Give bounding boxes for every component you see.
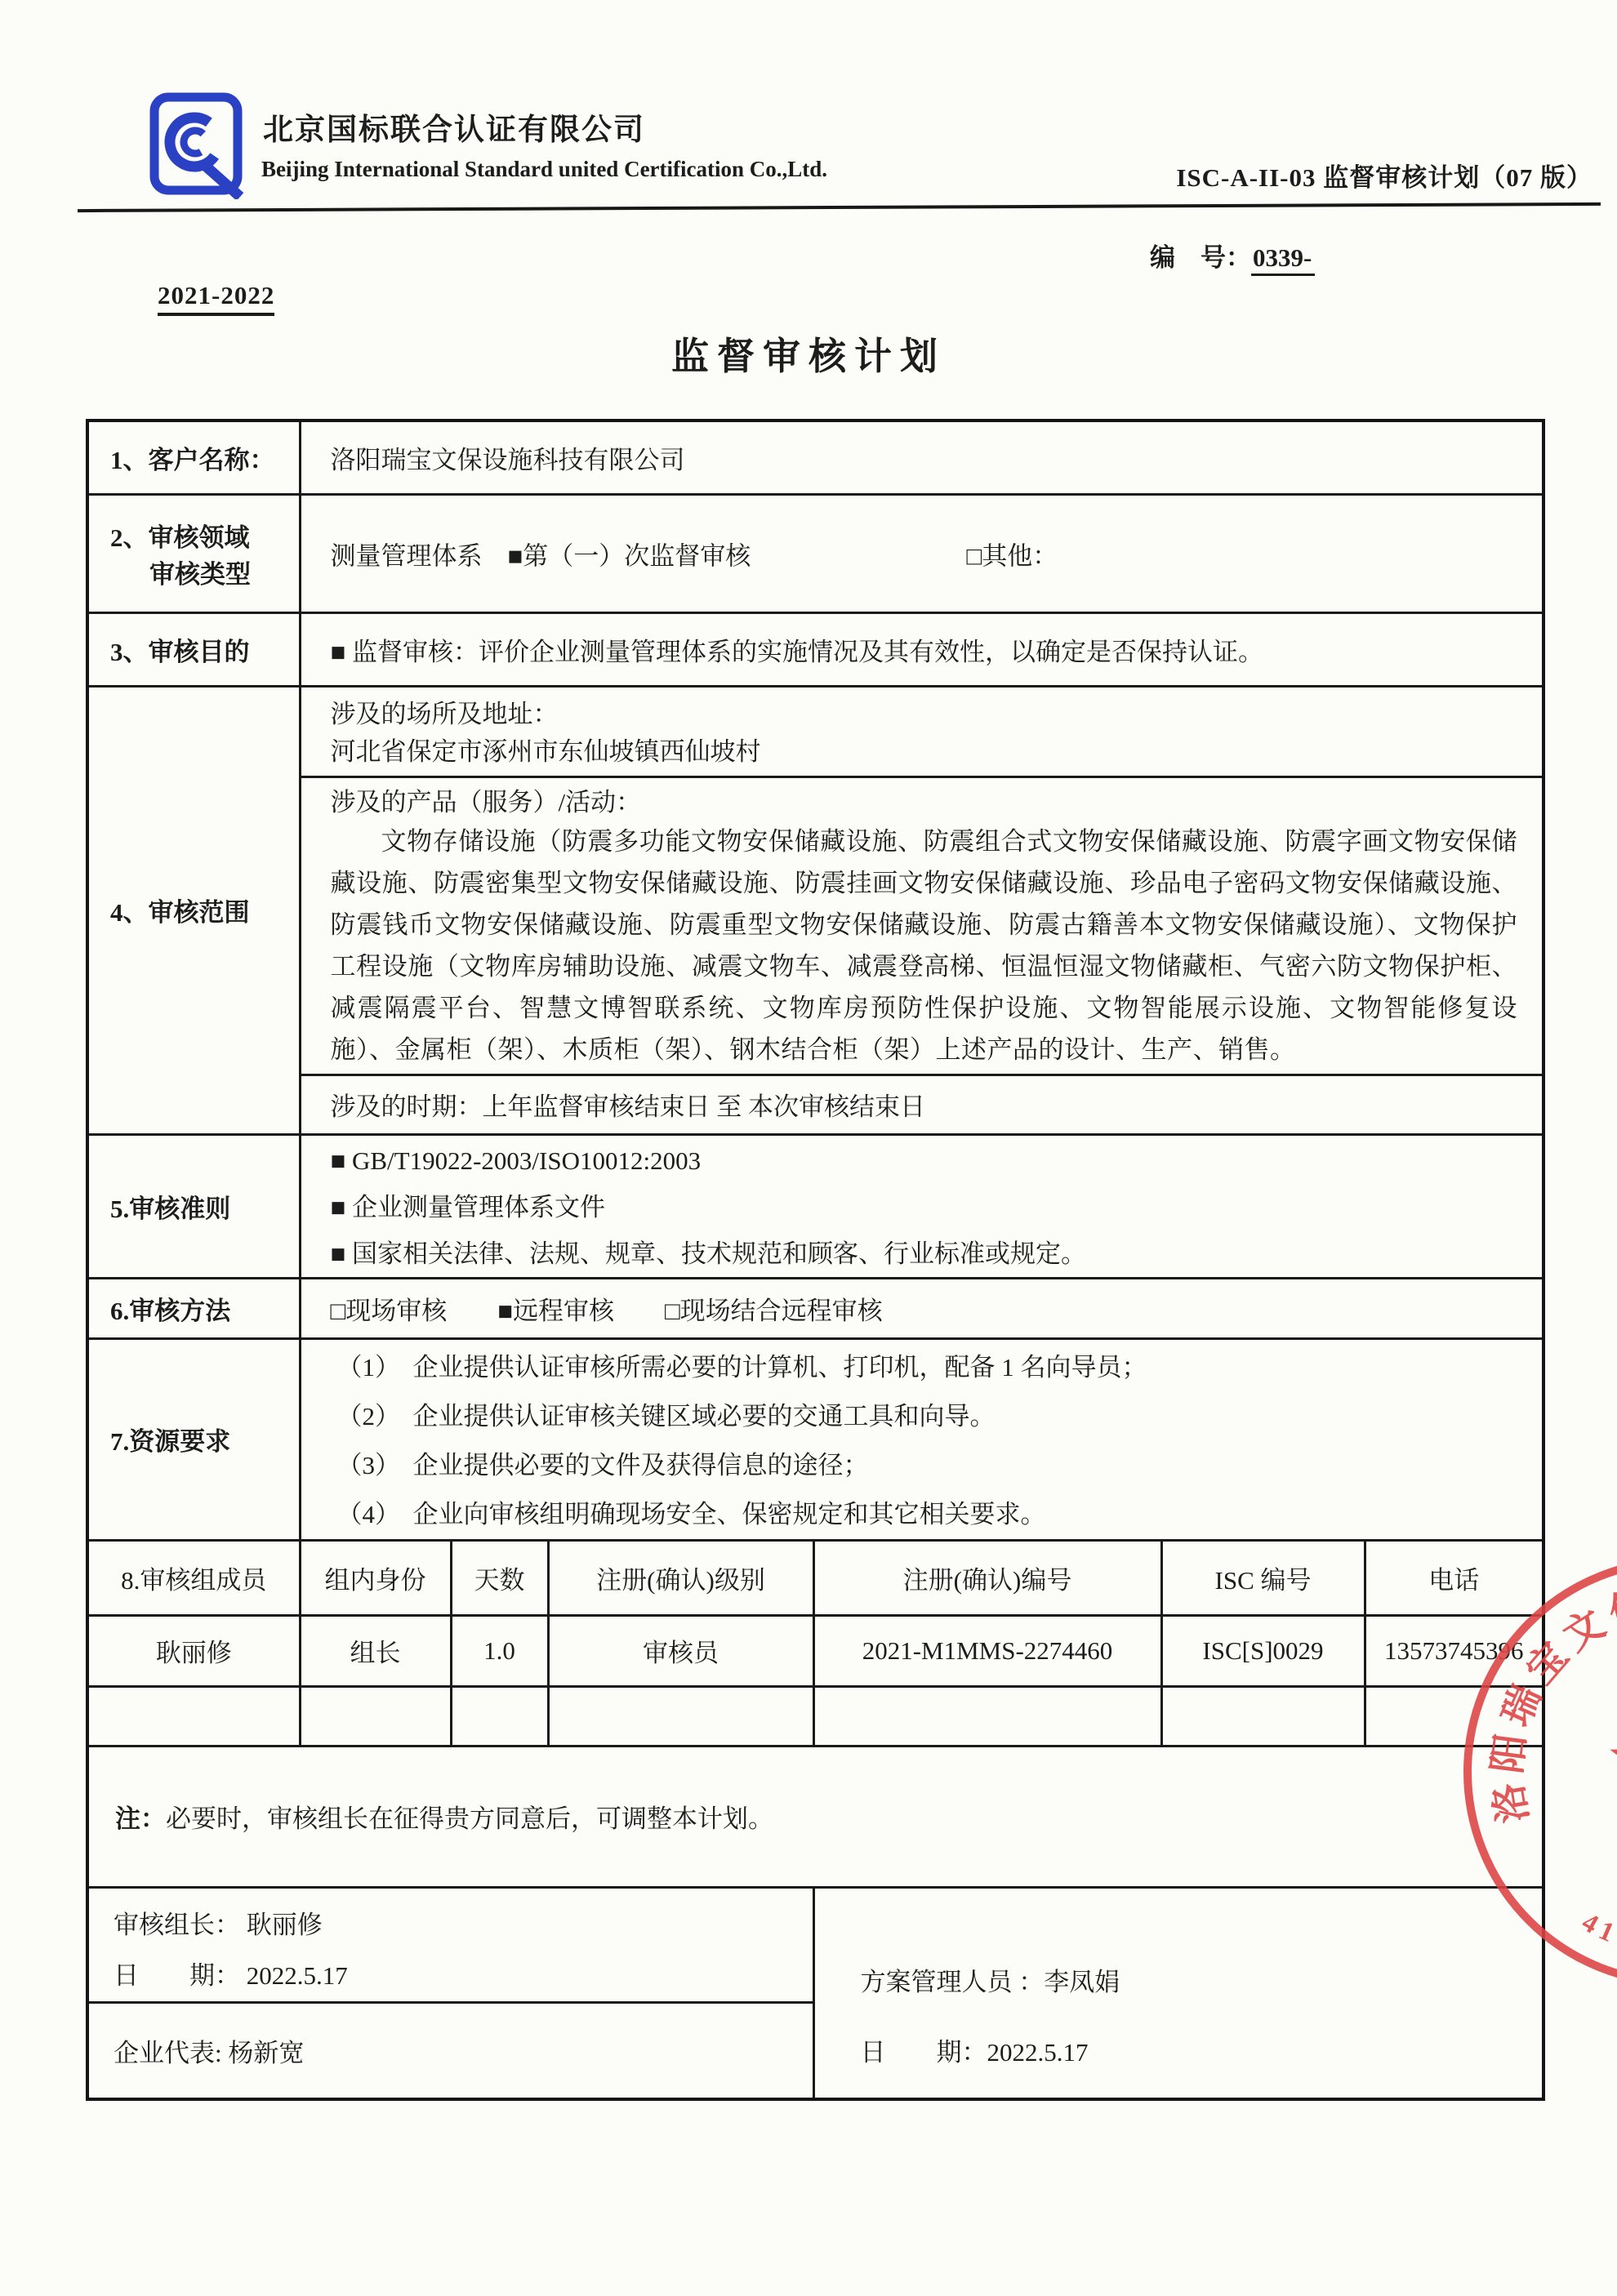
criteria-item: ■ GB/T19022-2003/ISO10012:2003 bbox=[331, 1137, 1526, 1184]
note-text: 必要时，审核组长在征得贵方同意后，可调整本计划。 bbox=[166, 1804, 773, 1833]
members-header-level: 注册(确认)级别 bbox=[548, 1540, 813, 1615]
doc-code: ISC-A-II-03 监督审核计划（07 版） bbox=[1176, 157, 1592, 194]
scanned-audit-plan-document: 北京国标联合认证有限公司 Beijing International Stand… bbox=[0, 0, 1617, 2296]
member-level: 审核员 bbox=[548, 1615, 813, 1686]
field-label-customer-name: 1、客户名称： bbox=[87, 420, 300, 494]
signoff-leader-date: 日 期： 2022.5.17 bbox=[114, 1951, 813, 2001]
member-row: 耿丽修 组长 1.0 审核员 2021-M1MMS-2274460 ISC[S]… bbox=[87, 1615, 1543, 1686]
field-label-audit-criteria: 5.审核准则 bbox=[87, 1134, 300, 1278]
members-header-days: 天数 bbox=[451, 1540, 548, 1615]
header-divider bbox=[78, 202, 1601, 212]
field-label-audit-method: 6.审核方法 bbox=[87, 1278, 300, 1338]
members-header-role: 组内身份 bbox=[300, 1540, 451, 1615]
members-header-row: 8.审核组成员 组内身份 天数 注册(确认)级别 注册(确认)编号 ISC 编号… bbox=[87, 1540, 1543, 1615]
field-label-audit-field-type: 2、审核领域 审核类型 bbox=[87, 494, 300, 612]
note-label: 注： bbox=[115, 1804, 166, 1833]
signoff-company-rep-cell: 企业代表: 杨新宽 bbox=[87, 2002, 813, 2099]
field-value-audit-method: □现场审核 ■远程审核 □现场结合远程审核 bbox=[300, 1278, 1543, 1338]
audit-type-checked-option: 测量管理体系 ■第（一）次监督审核 bbox=[331, 535, 751, 572]
company-seal-stamp: 洛阳瑞宝文保设施科技有限公司 4103811038 bbox=[1409, 1502, 1617, 2041]
seal-company-name: 洛阳瑞宝文保设施科技有限公司 bbox=[1409, 1502, 1617, 1831]
criteria-item: ■ 国家相关法律、法规、规章、技术规范和顾客、行业标准或规定。 bbox=[331, 1230, 1526, 1277]
field-value-audit-purpose: ■ 监督审核：评价企业测量管理体系的实施情况及其有效性，以确定是否保持认证。 bbox=[300, 612, 1543, 686]
member-row-empty bbox=[87, 1686, 1543, 1746]
resource-item: （1） 企业提供认证审核所需必要的计算机、打印机，配备 1 名向导员； bbox=[337, 1343, 1526, 1392]
company-logo-icon bbox=[149, 91, 248, 199]
form-table: 1、客户名称： 洛阳瑞宝文保设施科技有限公司 2、审核领域 审核类型 测量管理体… bbox=[86, 419, 1545, 2101]
member-days: 1.0 bbox=[451, 1615, 548, 1686]
serial-years: 2021-2022 bbox=[158, 281, 274, 316]
sites-address: 河北省保定市涿州市东仙坡镇西仙坡村 bbox=[331, 733, 1513, 771]
company-name-cn: 北京国标联合认证有限公司 bbox=[263, 105, 645, 149]
field-value-audit-field-type: 测量管理体系 ■第（一）次监督审核 □其他： bbox=[300, 494, 1543, 612]
products-title: 涉及的产品（服务）/活动： bbox=[331, 785, 1518, 821]
field-label-audit-scope: 4、审核范围 bbox=[87, 686, 300, 1134]
resource-item: （3） 企业提供必要的文件及获得信息的途径； bbox=[337, 1441, 1526, 1490]
serial-number: 编 号：0339- bbox=[1150, 237, 1315, 274]
criteria-item: ■ 企业测量管理体系文件 bbox=[331, 1184, 1526, 1230]
field-value-sites: 涉及的场所及地址： 河北省保定市涿州市东仙坡镇西仙坡村 bbox=[300, 686, 1543, 776]
member-iscno: ISC[S]0029 bbox=[1161, 1615, 1365, 1686]
note-row: 注：必要时，审核组长在征得贵方同意后，可调整本计划。 bbox=[87, 1746, 1543, 1887]
field-value-audit-criteria: ■ GB/T19022-2003/ISO10012:2003 ■ 企业测量管理体… bbox=[300, 1134, 1543, 1278]
field-label-audit-purpose: 3、审核目的 bbox=[87, 612, 300, 686]
members-header-iscno: ISC 编号 bbox=[1161, 1540, 1365, 1615]
signoff-leader-cell: 审核组长： 耿丽修 日 期： 2022.5.17 bbox=[87, 1887, 813, 2002]
products-text: 文物存储设施（防震多功能文物安保储藏设施、防震组合式文物安保储藏设施、防震字画文… bbox=[331, 821, 1518, 1070]
field-value-customer-name: 洛阳瑞宝文保设施科技有限公司 bbox=[300, 420, 1543, 494]
member-name: 耿丽修 bbox=[87, 1615, 300, 1686]
field-value-products: 涉及的产品（服务）/活动： 文物存储设施（防震多功能文物安保储藏设施、防震组合式… bbox=[300, 776, 1543, 1075]
members-header-regno: 注册(确认)编号 bbox=[813, 1540, 1161, 1615]
svg-text:洛阳瑞宝文保设施科技有限公司: 洛阳瑞宝文保设施科技有限公司 bbox=[1409, 1502, 1617, 1831]
sites-title: 涉及的场所及地址： bbox=[331, 696, 1513, 733]
field-value-period: 涉及的时期：上年监督审核结束日 至 本次审核结束日 bbox=[300, 1075, 1543, 1134]
field-label-resource-requirements: 7.资源要求 bbox=[87, 1338, 300, 1540]
page-title: 监督审核计划 bbox=[0, 327, 1617, 380]
signoff-leader: 审核组长： 耿丽修 bbox=[114, 1900, 813, 1951]
members-header-team: 8.审核组成员 bbox=[87, 1540, 300, 1615]
svg-text:4103811038: 4103811038 bbox=[1577, 1907, 1617, 1962]
seal-star-icon bbox=[1610, 1700, 1617, 1830]
audit-type-other-option: □其他： bbox=[967, 535, 1058, 572]
resource-item: （2） 企业提供认证审核关键区域必要的交通工具和向导。 bbox=[337, 1392, 1526, 1441]
company-name-en: Beijing International Standard united Ce… bbox=[261, 157, 827, 182]
member-role: 组长 bbox=[300, 1615, 451, 1686]
seal-number: 4103811038 bbox=[1577, 1907, 1617, 1962]
resource-item: （4） 企业向审核组明确现场安全、保密规定和其它相关要求。 bbox=[337, 1490, 1526, 1539]
serial-label: 编 号： bbox=[1150, 243, 1251, 272]
member-regno: 2021-M1MMS-2274460 bbox=[813, 1615, 1161, 1686]
serial-value: 0339- bbox=[1251, 243, 1315, 276]
field-value-resource-requirements: （1） 企业提供认证审核所需必要的计算机、打印机，配备 1 名向导员； （2） … bbox=[300, 1338, 1543, 1540]
